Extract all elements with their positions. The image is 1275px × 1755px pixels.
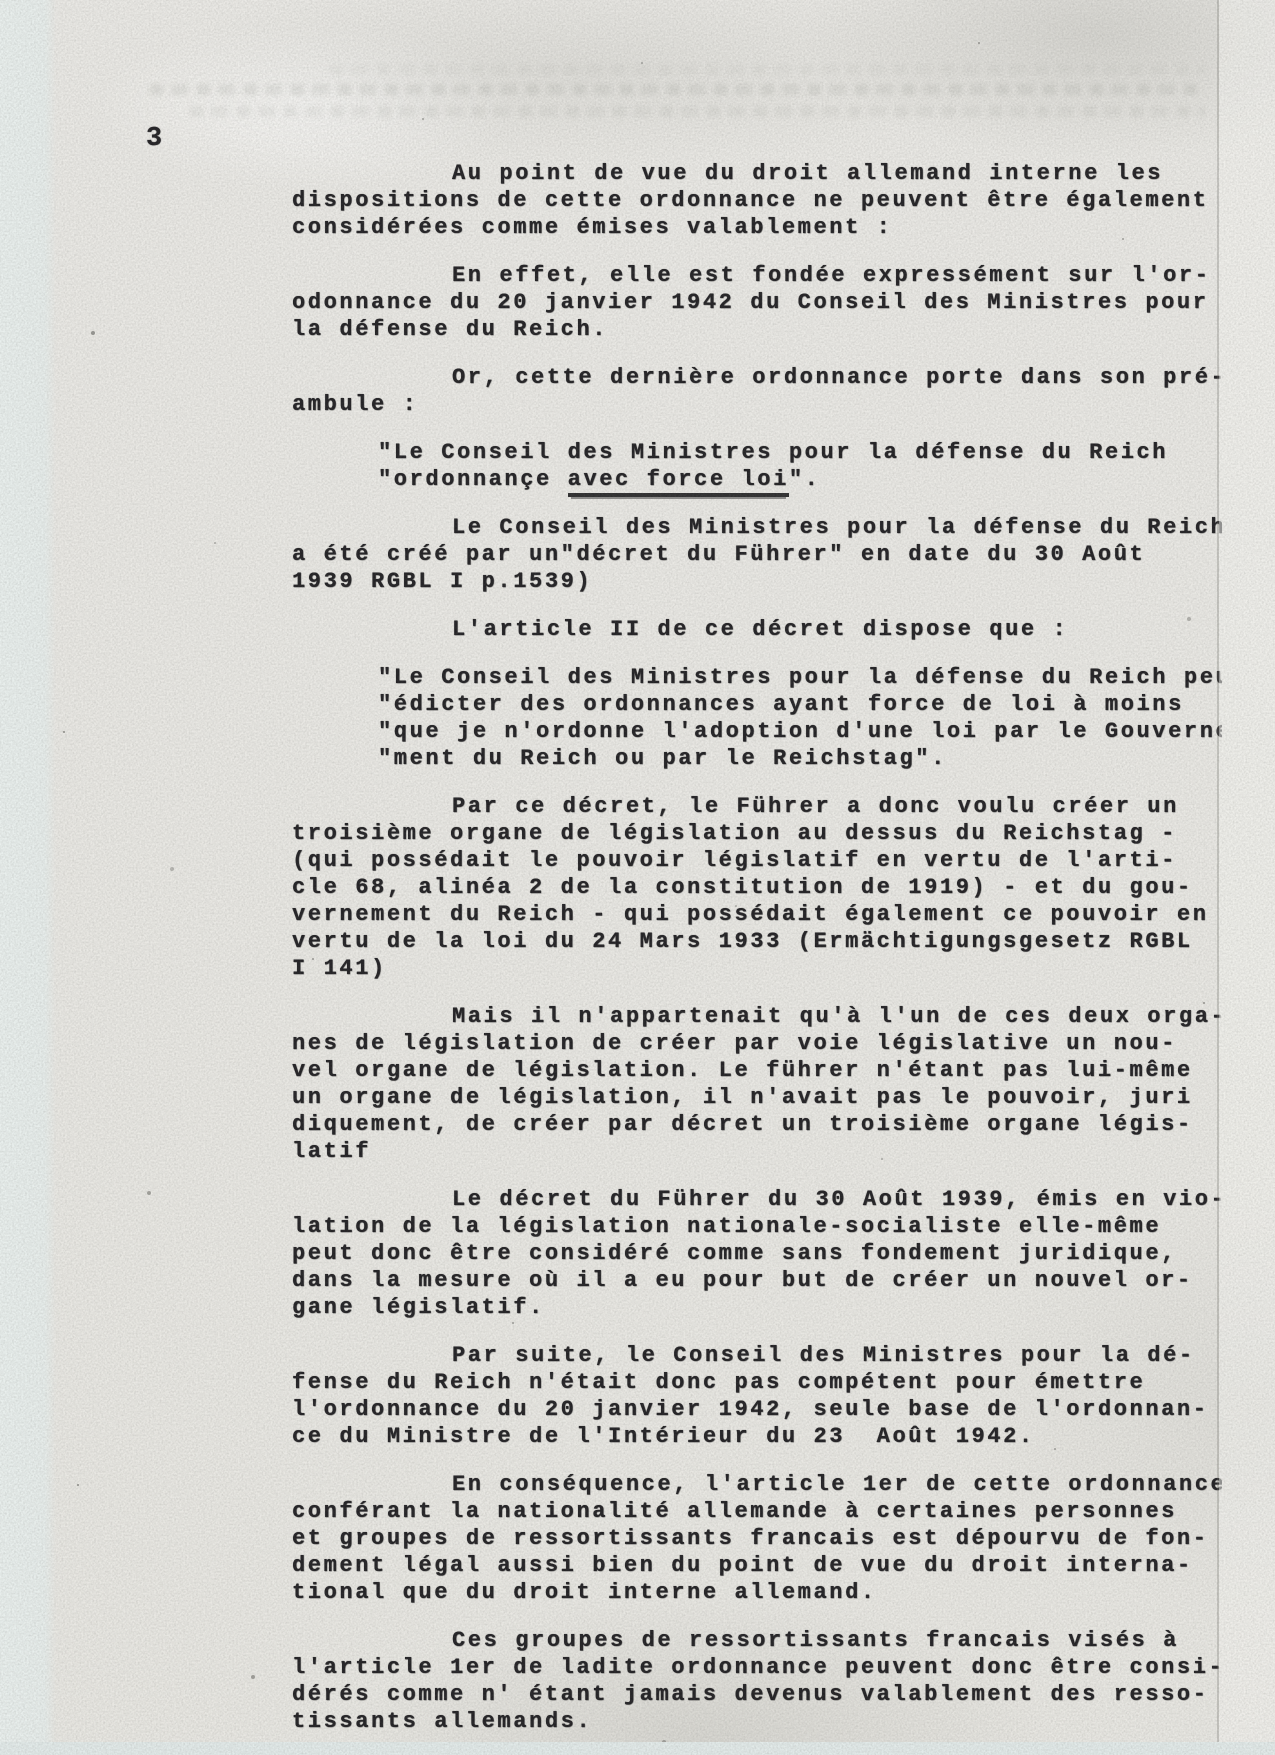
document-body: Au point de vue du droit allemand intern… bbox=[292, 160, 1222, 1735]
paragraph: Par ce décret, le Führer a donc voulu cr… bbox=[292, 793, 1222, 982]
text-line: conférant la nationalité allemande à cer… bbox=[292, 1498, 1222, 1525]
text-line: tissants allemands. bbox=[292, 1708, 1222, 1735]
text-line: I 141) bbox=[292, 955, 1222, 982]
text-line: peut donc être considéré comme sans fond… bbox=[292, 1240, 1222, 1267]
text-line: tional que du droit interne allemand. bbox=[292, 1579, 1222, 1606]
text-line: ce du Ministre de l'Intérieur du 23 Août… bbox=[292, 1423, 1222, 1450]
text-line: nes de législation de créer par voie lég… bbox=[292, 1030, 1222, 1057]
page-edge-line bbox=[1217, 0, 1219, 1755]
paragraph: Le Conseil des Ministres pour la défense… bbox=[292, 514, 1222, 595]
text-line: (qui possédait le pouvoir législatif en … bbox=[292, 847, 1222, 874]
text-line: En effet, elle est fondée expressément s… bbox=[292, 262, 1222, 289]
paragraph: Mais il n'appartenait qu'à l'un de ces d… bbox=[292, 1003, 1222, 1165]
paragraph: Or, cette dernière ordonnance porte dans… bbox=[292, 364, 1222, 418]
text-line: l'ordonnance du 20 janvier 1942, seule b… bbox=[292, 1396, 1222, 1423]
text-line: 1939 RGBL I p.1539) bbox=[292, 568, 1222, 595]
text-line: un organe de législation, il n'avait pas… bbox=[292, 1084, 1222, 1111]
text-line: Or, cette dernière ordonnance porte dans… bbox=[292, 364, 1222, 391]
text-line: Par suite, le Conseil des Ministres pour… bbox=[292, 1342, 1222, 1369]
text-fragment: "ordonnançe bbox=[378, 467, 568, 492]
text-line: lation de la législation nationale-socia… bbox=[292, 1213, 1222, 1240]
text-line: gane législatif. bbox=[292, 1294, 1222, 1321]
text-line: dement légal aussi bien du point de vue … bbox=[292, 1552, 1222, 1579]
text-line: L'article II de ce décret dispose que : bbox=[292, 616, 1222, 643]
text-line: troisième organe de législation au dessu… bbox=[292, 820, 1222, 847]
text-line: En conséquence, l'article 1er de cette o… bbox=[292, 1471, 1222, 1498]
paragraph: Le décret du Führer du 30 Août 1939, émi… bbox=[292, 1186, 1222, 1321]
text-line: dérés comme n' étant jamais devenus vala… bbox=[292, 1681, 1222, 1708]
text-line: odonnance du 20 janvier 1942 du Conseil … bbox=[292, 289, 1222, 316]
text-line: "édicter des ordonnances ayant force de … bbox=[378, 691, 1222, 718]
page-number: 3 bbox=[146, 124, 162, 154]
text-line: diquement, de créer par décret un troisi… bbox=[292, 1111, 1222, 1138]
text-line: "que je n'ordonne l'adoption d'une loi p… bbox=[378, 718, 1222, 745]
text-line: considérées comme émises valablement : bbox=[292, 214, 1222, 241]
text-line: vel organe de législation. Le führer n'é… bbox=[292, 1057, 1222, 1084]
paragraph: "Le Conseil des Ministres pour la défens… bbox=[378, 664, 1222, 772]
paragraph: Au point de vue du droit allemand intern… bbox=[292, 160, 1222, 241]
text-fragment: ". bbox=[789, 467, 821, 492]
text-line: fense du Reich n'était donc pas compéten… bbox=[292, 1369, 1222, 1396]
scanner-margin-bottom bbox=[0, 1742, 1275, 1755]
paragraph: En effet, elle est fondée expressément s… bbox=[292, 262, 1222, 343]
text-line: Le Conseil des Ministres pour la défense… bbox=[292, 514, 1222, 541]
paragraph: "Le Conseil des Ministres pour la défens… bbox=[378, 439, 1222, 493]
text-line: latif bbox=[292, 1138, 1222, 1165]
page-right-edge-area bbox=[1219, 0, 1275, 1755]
paragraph: Par suite, le Conseil des Ministres pour… bbox=[292, 1342, 1222, 1450]
text-line: dispositions de cette ordonnance ne peuv… bbox=[292, 187, 1222, 214]
text-line: cle 68, alinéa 2 de la constitution de 1… bbox=[292, 874, 1222, 901]
scanner-margin-left bbox=[0, 0, 56, 1755]
text-line: Par ce décret, le Führer a donc voulu cr… bbox=[292, 793, 1222, 820]
text-line: ambule : bbox=[292, 391, 1222, 418]
scanned-document-page: 3 Au point de vue du droit allemand inte… bbox=[0, 0, 1275, 1755]
text-line: Mais il n'appartenait qu'à l'un de ces d… bbox=[292, 1003, 1222, 1030]
text-line: l'article 1er de ladite ordonnance peuve… bbox=[292, 1654, 1222, 1681]
text-line: "Le Conseil des Ministres pour la défens… bbox=[378, 439, 1222, 466]
text-line: vernement du Reich - qui possédait égale… bbox=[292, 901, 1222, 928]
text-line: Au point de vue du droit allemand intern… bbox=[292, 160, 1222, 187]
text-line: "Le Conseil des Ministres pour la défens… bbox=[378, 664, 1222, 691]
paragraph: Ces groupes de ressortissants francais v… bbox=[292, 1627, 1222, 1735]
text-line: et groupes de ressortissants francais es… bbox=[292, 1525, 1222, 1552]
text-line: "ment du Reich ou par le Reichstag". bbox=[378, 745, 1222, 772]
text-line: la défense du Reich. bbox=[292, 316, 1222, 343]
text-line: Ces groupes de ressortissants francais v… bbox=[292, 1627, 1222, 1654]
text-line: Le décret du Führer du 30 Août 1939, émi… bbox=[292, 1186, 1222, 1213]
text-line: dans la mesure où il a eu pour but de cr… bbox=[292, 1267, 1222, 1294]
text-line: vertu de la loi du 24 Mars 1933 (Ermächt… bbox=[292, 928, 1222, 955]
underlined-phrase: avec force loi bbox=[568, 467, 789, 497]
paragraph: En conséquence, l'article 1er de cette o… bbox=[292, 1471, 1222, 1606]
document-paper: 3 Au point de vue du droit allemand inte… bbox=[0, 0, 1222, 1755]
text-line: a été créé par un"décret du Führer" en d… bbox=[292, 541, 1222, 568]
paragraph: L'article II de ce décret dispose que : bbox=[292, 616, 1222, 643]
text-line: "ordonnançe avec force loi". bbox=[378, 466, 1222, 493]
